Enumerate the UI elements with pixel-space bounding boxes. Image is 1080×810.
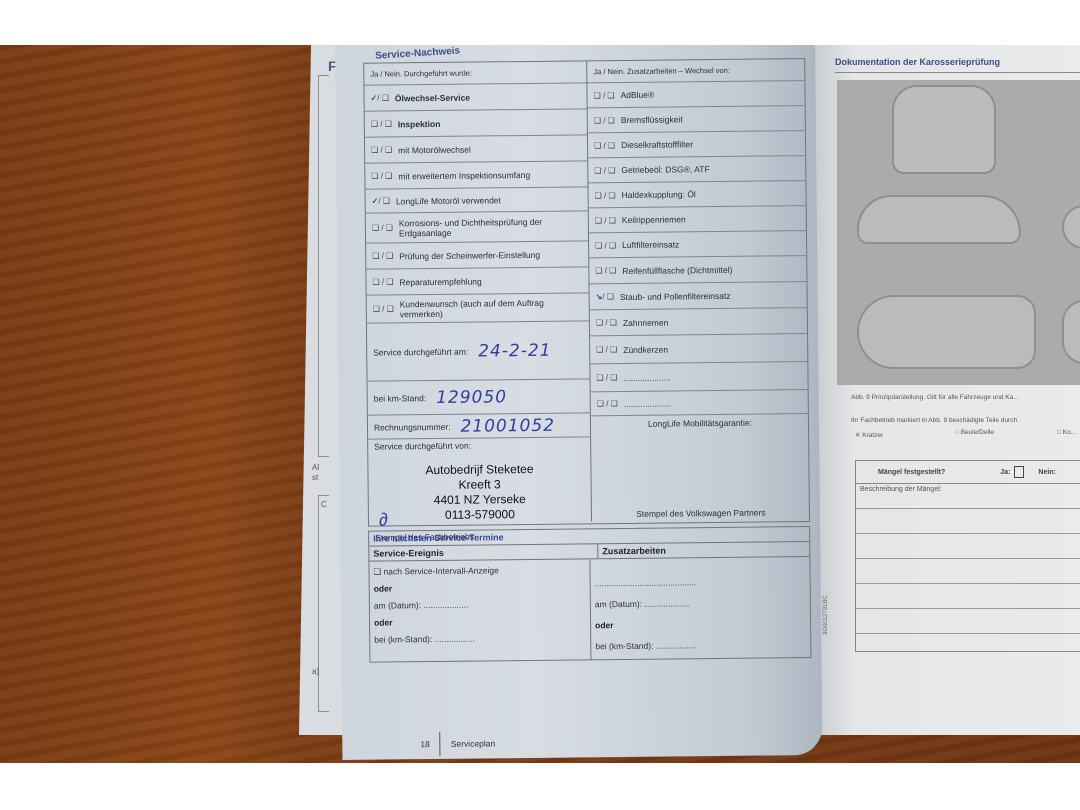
additional-item: ❑ / ❑.................... — [590, 362, 808, 392]
additional-item: ❑ / ❑Keilrippenriemen — [589, 206, 807, 233]
checkbox-pair[interactable]: ❑ / ❑ — [595, 266, 616, 275]
checkbox-pair[interactable]: ❑ / ❑ — [372, 223, 393, 232]
additional-item: ❑ / ❑Dieselkraftstofffilter — [588, 131, 806, 158]
yes-label: Ja: — [1000, 469, 1010, 476]
signature: ∂ — [379, 509, 388, 530]
performed-column: Ja / Nein. Durchgeführt wurde: ✓/ ❑Ölwec… — [364, 61, 591, 544]
additional-item: ❑ / ❑AdBlue® — [587, 81, 805, 108]
legend-dent: ○ Beule/Delle — [955, 429, 994, 436]
performed-item: ✓/ ❑LongLife Motoröl verwendet — [366, 187, 588, 213]
additional-work-header: Zusatzarbeiten — [598, 544, 670, 559]
checkbox-pair[interactable]: ❑ / ❑ — [371, 145, 392, 154]
checkbox-pair[interactable]: ❑ / ❑ — [371, 119, 392, 128]
performed-header: Ja / Nein. Durchgeführt wurde: — [364, 61, 586, 85]
car-diagram — [837, 80, 1080, 385]
underlying-fragment: st — [312, 473, 318, 482]
service-event-header: Service-Ereignis — [369, 544, 598, 560]
car-top-view — [857, 295, 1036, 369]
figure-caption: Abb. 9 Prinzipdarstellung. Gilt für alle… — [851, 394, 1019, 401]
performed-item: ❑ / ❑Prüfung der Scheinwerfer-Einstellun… — [366, 241, 588, 269]
checkbox-pair[interactable]: ❑ / ❑ — [595, 241, 616, 250]
right-page: Dokumentation der Karosserieprüfung Abb.… — [815, 45, 1080, 735]
page-footer: 18 Serviceplan — [420, 731, 495, 756]
km-row: bei km-Stand:129050 — [368, 379, 590, 415]
additional-item: ❑ / ❑Bremsflüssigkeit — [588, 106, 806, 133]
additional-item: ❑ / ❑.................... — [591, 390, 809, 416]
performed-item: ❑ / ❑mit erweitertem Inspektionsumfang — [365, 161, 587, 189]
legend-scratch: ✕ Kratzer — [855, 431, 883, 439]
checkbox-pair[interactable]: ❑ / ❑ — [372, 251, 393, 260]
service-date-row: Service durchgeführt am:24-2-21 — [367, 321, 590, 381]
invoice-row: Rechnungsnummer:21001052 — [368, 413, 590, 439]
checkbox-pair[interactable]: ❑ / ❑ — [373, 304, 394, 313]
performed-item: ❑ / ❑Reparaturempfehlung — [366, 267, 588, 295]
checkbox-pair[interactable]: ❑ / ❑ — [371, 171, 392, 180]
right-page-title: Dokumentation der Karosserieprüfung — [835, 57, 1000, 67]
underlying-fragment: a) — [312, 667, 319, 676]
page-header: Service-Nachweis — [375, 45, 461, 61]
checkbox-pair[interactable]: ❑ / ❑ — [372, 277, 393, 286]
no-label: Nein: — [1038, 469, 1056, 476]
car-rear-view — [892, 85, 996, 174]
additional-item: ❑ / ❑Reifenfüllflasche (Dichtmittel) — [589, 256, 807, 284]
description-label: Beschreibung der Mängel: — [856, 484, 1080, 509]
booklet-photo: F Al st C a) Dokumentation der Karosseri… — [0, 45, 1080, 763]
service-page: Service-Nachweis Ja / Nein. Durchgeführt… — [335, 45, 822, 760]
next-service-table: Ihre nächsten Service-Termine Service-Er… — [368, 526, 811, 663]
checkbox-pair[interactable]: ❑ / ❑ — [594, 116, 615, 125]
checkbox-pair[interactable]: ❑ / ❑ — [595, 216, 616, 225]
service-date-value: 24-2-21 — [478, 340, 552, 361]
checkbox-pair[interactable]: ✓/ ❑ — [372, 196, 390, 205]
checkbox-pair[interactable]: ❑ / ❑ — [593, 91, 614, 100]
checkbox-pair[interactable]: ↘/ ❑ — [596, 292, 614, 301]
additional-header: Ja / Nein. Zusatzarbeiten – Wechsel von: — [587, 59, 805, 83]
additional-column: Ja / Nein. Zusatzarbeiten – Wechsel von:… — [586, 59, 810, 521]
longlife-cell: LongLife Mobilitätsgarantie: Stempel des… — [591, 414, 810, 521]
performed-item: ❑ / ❑Korrosions- und Dichtheitsprüfung d… — [366, 211, 588, 243]
performed-item: ✓/ ❑Ölwechsel-Service — [364, 83, 586, 111]
defects-question: Mängel festgestellt? — [878, 469, 945, 476]
checkbox-pair[interactable]: ❑ / ❑ — [594, 141, 615, 150]
performed-item: ❑ / ❑Inspektion — [365, 109, 587, 137]
underlying-frame-2 — [318, 495, 329, 712]
performed-item: ❑ / ❑Kundenwunsch (auch auf dem Auftrag … — [367, 293, 589, 323]
yes-checkbox[interactable] — [1014, 466, 1024, 478]
defects-box: Mängel festgestellt? Ja: Nein: Beschreib… — [855, 460, 1080, 652]
checkbox-pair[interactable]: ❑ / ❑ — [594, 166, 615, 175]
underlying-fragment: Al — [312, 463, 319, 472]
additional-item: ↘/ ❑Staub- und Pollenfiltereinsatz — [590, 282, 808, 310]
additional-item: ❑ / ❑Getriebeöl: DSG®, ATF — [588, 156, 806, 183]
legend-other: □ Ko... — [1057, 429, 1076, 436]
checkbox-pair[interactable]: ✓/ ❑ — [371, 93, 389, 102]
checkbox-pair[interactable]: ❑ / ❑ — [596, 345, 617, 354]
checkbox-pair[interactable]: ❑ / ❑ — [596, 373, 617, 382]
additional-item: ❑ / ❑Haldexkupplung: Öl — [588, 181, 806, 208]
checkbox-pair[interactable]: ❑ / ❑ — [596, 318, 617, 327]
section-name: Serviceplan — [451, 738, 496, 748]
instruction-text: Ihr Fachbetrieb markiert in Abb. 9 besch… — [851, 417, 1017, 424]
checkbox-pair[interactable]: ❑ / ❑ — [597, 399, 618, 408]
invoice-value: 21001052 — [460, 415, 555, 436]
vertical-code: 3G0012791BC — [823, 595, 829, 635]
additional-item: ❑ / ❑Zahnriemen — [590, 308, 808, 336]
underlying-frame — [318, 75, 329, 457]
underlying-fragment: C — [321, 500, 327, 509]
additional-item: ❑ / ❑Luftfiltereinsatz — [589, 231, 807, 258]
additional-work-column: ........................................… — [590, 558, 701, 659]
additional-item: ❑ / ❑Zündkerzen — [590, 334, 808, 364]
performed-item: ❑ / ❑mit Motorölwechsel — [365, 135, 587, 163]
performed-by-label: Service durchgeführt von: — [368, 437, 590, 453]
longlife-label: LongLife Mobilitätsgarantie: — [591, 414, 809, 429]
km-value: 129050 — [436, 387, 507, 408]
page-number: 18 — [420, 739, 430, 749]
dealer-stamp: Autobedrijf Steketee Kreeft 3 4401 NZ Ye… — [368, 461, 591, 523]
service-table: Ja / Nein. Durchgeführt wurde: ✓/ ❑Ölwec… — [363, 58, 810, 527]
vw-stamp-caption: Stempel des Volkswagen Partners — [592, 507, 810, 519]
service-event-column: ❑ nach Service-Intervall-Anzeige oder am… — [369, 559, 591, 661]
car-side-view — [857, 195, 1021, 244]
checkbox-pair[interactable]: ❑ / ❑ — [595, 191, 616, 200]
